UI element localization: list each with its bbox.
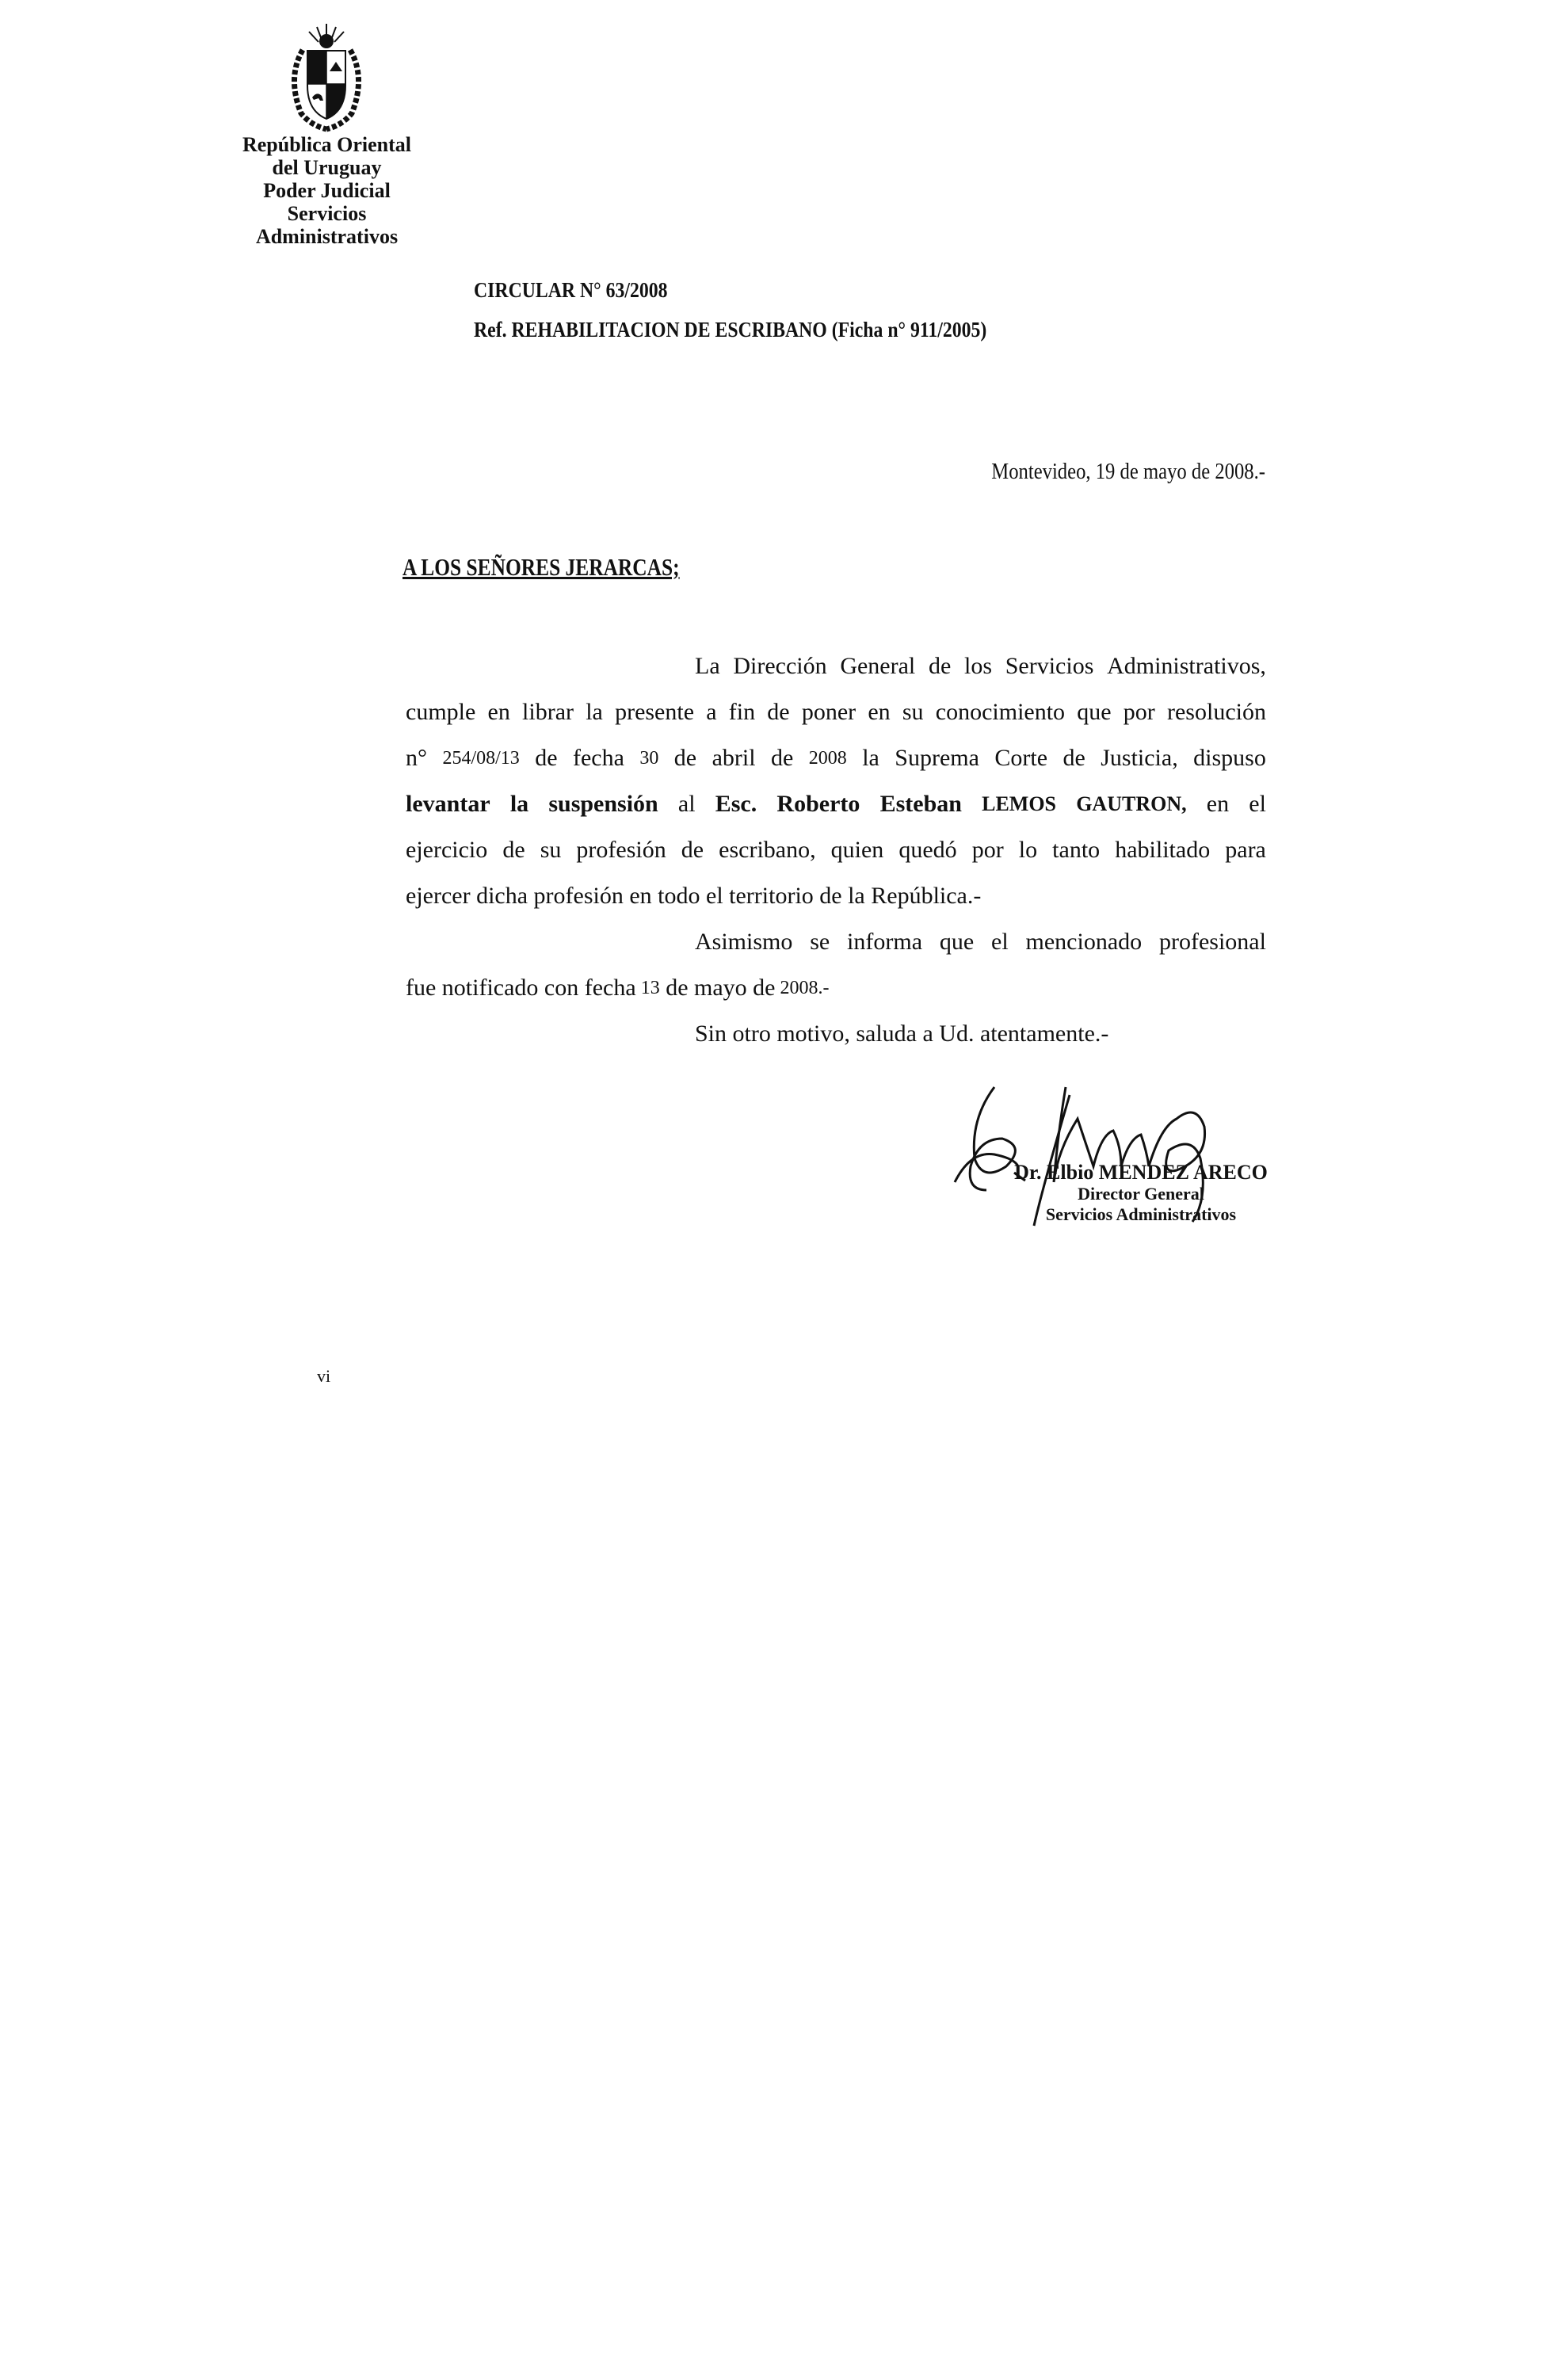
word: abril: [712, 735, 756, 781]
word: su: [902, 689, 924, 735]
signer-name: Dr. Elbio MENDEZ ARECO: [990, 1162, 1291, 1184]
notification-year: 2008.-: [775, 965, 829, 1011]
word: dispuso: [1193, 735, 1266, 781]
letterhead-line: del Uruguay: [230, 156, 424, 179]
word: conocimiento: [936, 689, 1065, 735]
word: Suprema: [895, 735, 979, 781]
word: el: [1249, 781, 1266, 827]
word: General: [840, 643, 915, 689]
resolution-day: 30: [639, 735, 658, 781]
word: que: [1077, 689, 1111, 735]
word: la: [586, 689, 603, 735]
word: profesional: [1159, 919, 1266, 965]
letterhead: República Oriental del Uruguay Poder Jud…: [230, 133, 424, 248]
body-line: ejercer dicha profesión en todo el terri…: [406, 873, 1266, 919]
body-line: fue notificado con fecha 13 de mayo de 2…: [406, 965, 1266, 1011]
word: Esc.: [715, 781, 757, 827]
letterhead-line: Administrativos: [230, 225, 424, 248]
word: por: [1124, 689, 1155, 735]
line-text: de mayo de: [660, 965, 776, 1011]
line-text: ejercer dicha profesión en todo el terri…: [406, 873, 981, 919]
word: los: [964, 643, 992, 689]
page-number: vi: [317, 1366, 330, 1387]
word: la: [862, 735, 879, 781]
word: presente: [615, 689, 694, 735]
word: de: [767, 689, 789, 735]
word: escribano,: [719, 827, 815, 873]
word: La: [695, 643, 720, 689]
word: de: [535, 735, 557, 781]
letterhead-line: Poder Judicial: [230, 179, 424, 202]
word: fecha: [573, 735, 624, 781]
word: n°: [406, 735, 427, 781]
word: se: [810, 919, 830, 965]
word: quedó: [898, 827, 956, 873]
word: resolución: [1167, 689, 1266, 735]
word: levantar: [406, 781, 490, 827]
word: Servicios: [1005, 643, 1094, 689]
body-line: n° 254/08/13 de fecha 30 de abril de 200…: [406, 735, 1266, 781]
person-surname: LEMOS: [982, 781, 1056, 827]
word: el: [991, 919, 1009, 965]
word: Justicia,: [1101, 735, 1178, 781]
closing-text: Sin otro motivo, saluda a Ud. atentament…: [695, 1011, 1108, 1057]
word: para: [1225, 827, 1266, 873]
resolution-number: 254/08/13: [442, 735, 519, 781]
word: de: [681, 827, 704, 873]
word: la: [510, 781, 528, 827]
word: en: [488, 689, 510, 735]
signer-title: Director General: [990, 1184, 1291, 1204]
word: que: [940, 919, 974, 965]
salutation: A LOS SEÑORES JERARCAS;: [402, 553, 680, 582]
letterhead-line: Servicios: [230, 202, 424, 225]
body-line: La Dirección General de los Servicios Ad…: [406, 643, 1266, 689]
word: suspensión: [548, 781, 658, 827]
word: mencionado: [1026, 919, 1143, 965]
body-line: ejercicio de su profesión de escribano, …: [406, 827, 1266, 873]
word: informa: [847, 919, 922, 965]
closing-line: Sin otro motivo, saluda a Ud. atentament…: [406, 1011, 1266, 1057]
resolution-year: 2008: [809, 735, 847, 781]
person-surname: GAUTRON,: [1076, 781, 1186, 827]
word: Administrativos,: [1107, 643, 1266, 689]
word: de: [771, 735, 793, 781]
word: lo: [1019, 827, 1037, 873]
word: habilitado: [1115, 827, 1210, 873]
coat-of-arms-icon: [279, 22, 374, 133]
body-line: cumple en librar la presente a fin de po…: [406, 689, 1266, 735]
word: Corte: [994, 735, 1047, 781]
word: en: [868, 689, 890, 735]
letter-body: La Dirección General de los Servicios Ad…: [406, 643, 1266, 1057]
word: de: [1063, 735, 1085, 781]
word: por: [972, 827, 1004, 873]
word: de: [929, 643, 951, 689]
reference-line: Ref. REHABILITACION DE ESCRIBANO (Ficha …: [474, 317, 986, 342]
word: Asimismo: [695, 919, 792, 965]
body-line: levantar la suspensión al Esc. Roberto E…: [406, 781, 1266, 827]
letterhead-line: República Oriental: [230, 133, 424, 156]
word: de: [674, 735, 696, 781]
word: profesión: [576, 827, 666, 873]
body-line: Asimismo se informa que el mencionado pr…: [406, 919, 1266, 965]
word: fin: [729, 689, 755, 735]
signature-block: Dr. Elbio MENDEZ ARECO Director General …: [990, 1162, 1291, 1225]
place-date: Montevideo, 19 de mayo de 2008.-: [971, 458, 1265, 485]
word: quien: [831, 827, 884, 873]
word: cumple: [406, 689, 475, 735]
word: librar: [522, 689, 574, 735]
signer-department: Servicios Administrativos: [990, 1204, 1291, 1225]
word: de: [502, 827, 525, 873]
word: Dirección: [733, 643, 826, 689]
person-middle-name: Esteban: [880, 781, 962, 827]
word: ejercicio: [406, 827, 487, 873]
word: poner: [802, 689, 856, 735]
word: en: [1207, 781, 1229, 827]
word: su: [540, 827, 562, 873]
word: a: [706, 689, 716, 735]
circular-number: CIRCULAR N° 63/2008: [474, 277, 667, 303]
notification-day: 13: [636, 965, 660, 1011]
word: al: [678, 781, 696, 827]
line-text: fue notificado con fecha: [406, 965, 636, 1011]
person-first-name: Roberto: [776, 781, 860, 827]
word: tanto: [1052, 827, 1100, 873]
